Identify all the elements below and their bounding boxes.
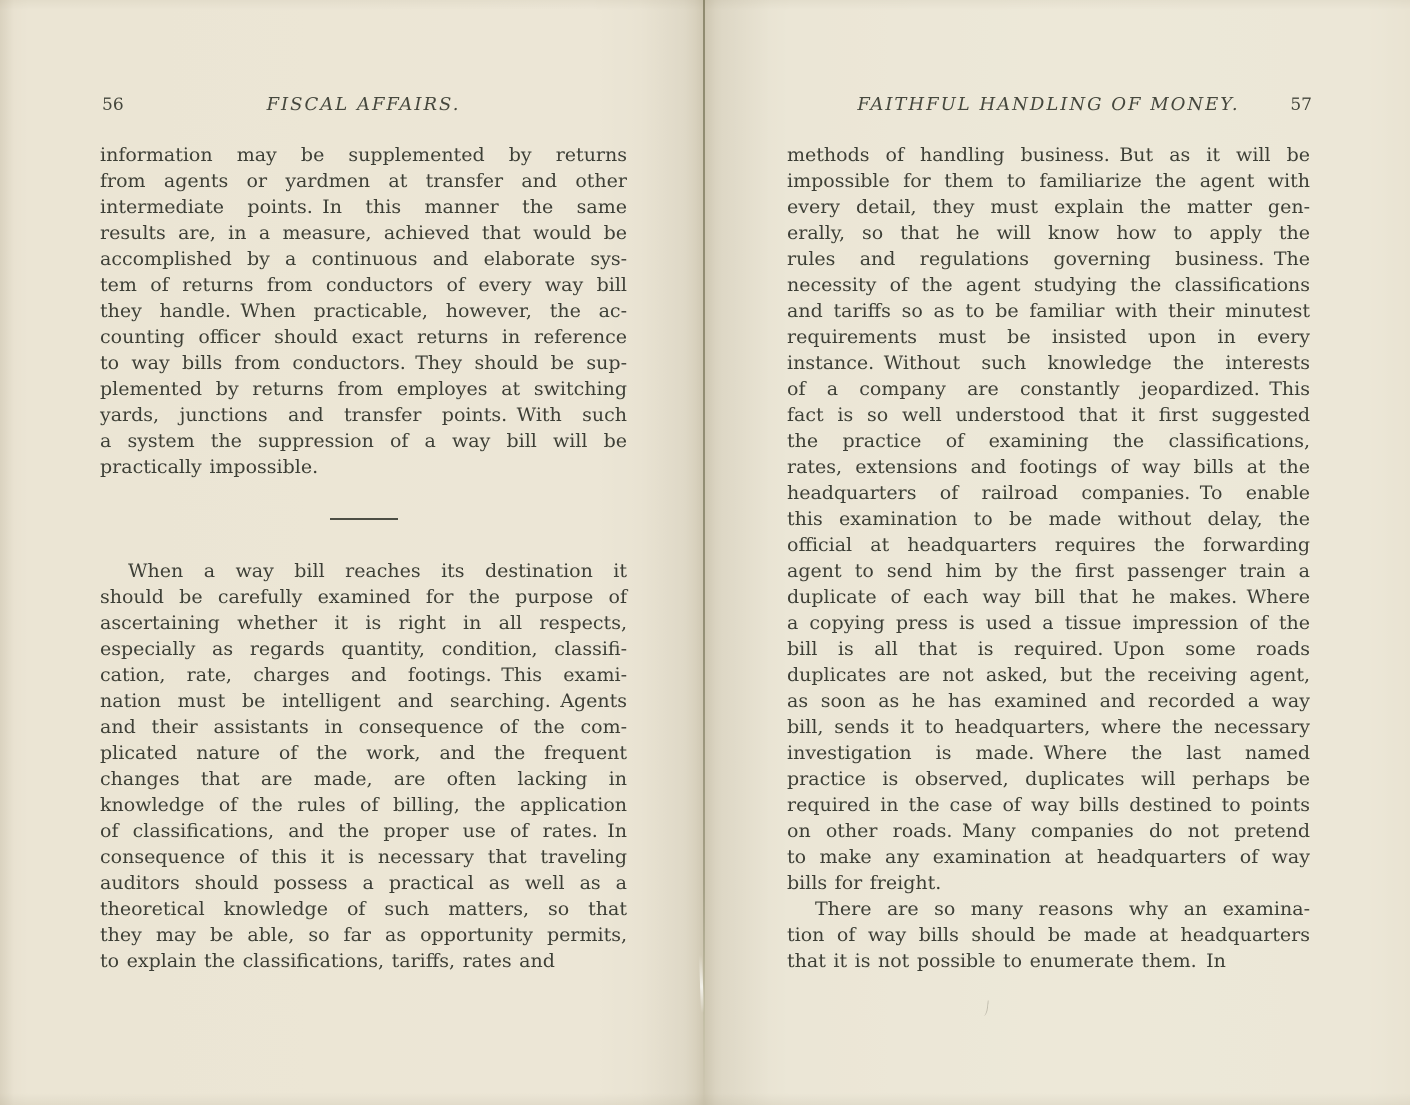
- text-line: they may be able, so far as opportunity …: [100, 922, 627, 948]
- text-line: practice is observed, duplicates will pe…: [787, 766, 1310, 792]
- text-line: nation must be intelligent and searching…: [100, 688, 627, 714]
- text-line: from agents or yardmen at transfer and o…: [100, 168, 627, 194]
- text-line: accomplished by a continuous and elabora…: [100, 246, 627, 272]
- section-divider-rule: [330, 518, 398, 520]
- text-line: ascertaining whether it is right in all …: [100, 610, 627, 636]
- text-line: duplicate of each way bill that he makes…: [787, 584, 1310, 610]
- text-line: and their assistants in consequence of t…: [100, 714, 627, 740]
- text-line: investigation is made. Where the last na…: [787, 740, 1310, 766]
- text-line: to explain the classifications, tariffs,…: [100, 948, 627, 974]
- text-line: necessity of the agent studying the clas…: [787, 272, 1310, 298]
- text-line: as soon as he has examined and recorded …: [787, 688, 1310, 714]
- text-line: impossible for them to familiarize the a…: [787, 168, 1310, 194]
- paragraph: information may be supplemented by retur…: [100, 142, 627, 480]
- text-line: When a way bill reaches its destination …: [100, 558, 627, 584]
- text-line: required in the case of way bills destin…: [787, 792, 1310, 818]
- text-line: plemented by returns from employes at sw…: [100, 376, 627, 402]
- page-left: 56 FISCAL AFFAIRS. information may be su…: [0, 0, 705, 1105]
- text-line: to make any examination at headquarters …: [787, 844, 1310, 870]
- scan-edge-left: [0, 0, 14, 1105]
- text-line: to way bills from conductors. They shoul…: [100, 350, 627, 376]
- page-left-body: information may be supplemented by retur…: [100, 142, 627, 974]
- text-line: a system the suppression of a way bill w…: [100, 428, 627, 454]
- text-line: tem of returns from conductors of every …: [100, 272, 627, 298]
- text-line: and tariffs so as to be familiar with th…: [787, 298, 1310, 324]
- text-line: results are, in a measure, achieved that…: [100, 220, 627, 246]
- text-line: agent to send him by the first passenger…: [787, 558, 1310, 584]
- text-line: bills for freight.: [787, 870, 1310, 896]
- text-line: on other roads. Many companies do not pr…: [787, 818, 1310, 844]
- binding-gutter-shadow: [640, 0, 770, 1105]
- text-line: they handle. When practicable, however, …: [100, 298, 627, 324]
- page-right: FAITHFUL HANDLING OF MONEY. 57 methods o…: [705, 0, 1410, 1105]
- text-line: the practice of examining the classifica…: [787, 428, 1310, 454]
- text-line: tion of way bills should be made at head…: [787, 922, 1310, 948]
- text-line: erally, so that he will know how to appl…: [787, 220, 1310, 246]
- running-head-right: FAITHFUL HANDLING OF MONEY.: [787, 94, 1310, 115]
- text-line: yards, junctions and transfer points. Wi…: [100, 402, 627, 428]
- text-line: bill, sends it to headquarters, where th…: [787, 714, 1310, 740]
- text-line: practically impossible.: [100, 454, 627, 480]
- text-line: theoretical knowledge of such matters, s…: [100, 896, 627, 922]
- page-right-body: methods of handling business. But as it …: [787, 142, 1310, 974]
- text-line: consequence of this it is necessary that…: [100, 844, 627, 870]
- text-line: cation, rate, charges and footings. This…: [100, 662, 627, 688]
- text-line: knowledge of the rules of billing, the a…: [100, 792, 627, 818]
- text-line: that it is not possible to enumerate the…: [787, 948, 1310, 974]
- text-line: requirements must be insisted upon in ev…: [787, 324, 1310, 350]
- text-line: rates, extensions and footings of way bi…: [787, 454, 1310, 480]
- scan-edge-top: [0, 0, 1410, 10]
- text-line: counting officer should exact returns in…: [100, 324, 627, 350]
- text-line: should be carefully examined for the pur…: [100, 584, 627, 610]
- page-number-right: 57: [1290, 95, 1312, 115]
- paragraph: There are so many reasons why an examina…: [787, 896, 1310, 974]
- text-line: this examination to be made without dela…: [787, 506, 1310, 532]
- paragraph: When a way bill reaches its destination …: [100, 558, 627, 974]
- book-spread: 56 FISCAL AFFAIRS. information may be su…: [0, 0, 1410, 1105]
- text-line: auditors should possess a practical as w…: [100, 870, 627, 896]
- text-line: intermediate points. In this manner the …: [100, 194, 627, 220]
- text-line: methods of handling business. But as it …: [787, 142, 1310, 168]
- text-line: instance. Without such knowledge the int…: [787, 350, 1310, 376]
- text-line: information may be supplemented by retur…: [100, 142, 627, 168]
- running-head-left: FISCAL AFFAIRS.: [100, 94, 627, 115]
- text-line: plicated nature of the work, and the fre…: [100, 740, 627, 766]
- text-line: headquarters of railroad companies. To e…: [787, 480, 1310, 506]
- text-line: especially as regards quantity, conditio…: [100, 636, 627, 662]
- text-line: fact is so well understood that it first…: [787, 402, 1310, 428]
- text-line: duplicates are not asked, but the receiv…: [787, 662, 1310, 688]
- binding-gutter-line: [703, 0, 705, 1105]
- text-line: rules and regulations governing business…: [787, 246, 1310, 272]
- text-line: bill is all that is required. Upon some …: [787, 636, 1310, 662]
- text-line: of a company are constantly jeopardized.…: [787, 376, 1310, 402]
- text-line: official at headquarters requires the fo…: [787, 532, 1310, 558]
- text-line: every detail, they must explain the matt…: [787, 194, 1310, 220]
- text-line: of classifications, and the proper use o…: [100, 818, 627, 844]
- paragraph: methods of handling business. But as it …: [787, 142, 1310, 896]
- text-line: a copying press is used a tissue impress…: [787, 610, 1310, 636]
- scan-edge-bottom: [0, 1093, 1410, 1105]
- text-line: changes that are made, are often lacking…: [100, 766, 627, 792]
- text-line: There are so many reasons why an examina…: [787, 896, 1310, 922]
